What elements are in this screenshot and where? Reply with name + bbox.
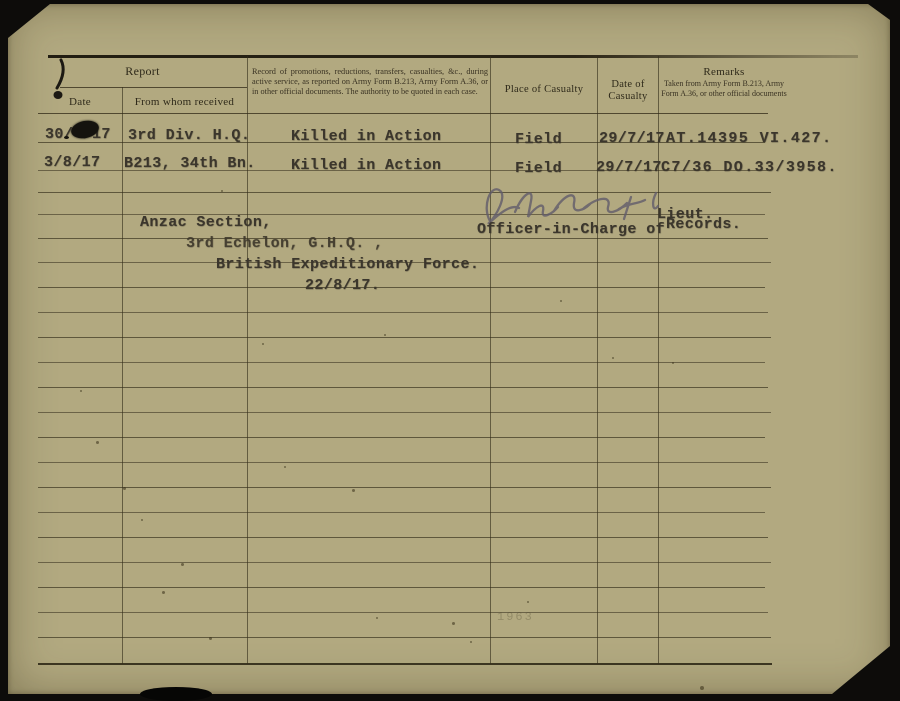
form-layer: Report Date From whom received Record of…: [0, 0, 900, 701]
paper-speck: [452, 622, 455, 625]
scanned-document-page: { "form": { "header": { "report": "Repor…: [0, 0, 900, 701]
entry-1-from: 3rd Div. H.Q.: [128, 127, 250, 144]
paper-speck: [162, 591, 165, 594]
paper-speck: [384, 334, 386, 336]
paper-speck: [560, 300, 562, 302]
paper-speck: [262, 343, 264, 345]
report-underline: [60, 87, 247, 88]
paper-speck: [123, 487, 126, 490]
row-rule-line: [38, 337, 771, 338]
column-rule-line: [490, 56, 491, 664]
column-header-date-of-casualty: Date of Casualty: [599, 79, 657, 102]
paper-speck: [284, 466, 286, 468]
table-bottom-border: [38, 663, 772, 665]
row-rule-line: [38, 487, 771, 488]
table-top-border: [48, 55, 858, 58]
column-header-from-whom-received: From whom received: [122, 96, 247, 108]
paper-speck: [612, 357, 614, 359]
entry-2-remarks: C7/36 DO.33/3958.: [661, 159, 838, 176]
row-rule-line: [38, 587, 765, 588]
paper-speck: [672, 362, 674, 364]
entry-2-place: Field: [515, 160, 562, 177]
row-rule-line: [38, 562, 771, 563]
row-rule-line: [38, 362, 765, 363]
paper-speck: [209, 637, 212, 640]
paper-speck: [141, 519, 143, 521]
row-rule-line: [38, 412, 771, 413]
closing-unit-line2: 3rd Echelon, G.H.Q. ,: [186, 235, 383, 252]
entry-1-remarks: AT.14395 VI.427.: [666, 130, 832, 147]
handwritten-tick-mark: [48, 58, 72, 104]
entry-1-record: Killed in Action: [291, 128, 441, 145]
column-header-remarks-note: Taken from Army Form B.213, Army Form A.…: [657, 79, 791, 98]
scan-edge-shadow: [140, 687, 212, 701]
row-rule-line: [38, 437, 765, 438]
closing-unit-line1: Anzac Section,: [140, 214, 272, 231]
column-rule-line: [597, 56, 598, 664]
signature-title-line1: Officer-in-Charge of: [477, 221, 665, 238]
column-header-place-of-casualty: Place of Casualty: [492, 84, 596, 95]
column-header-record-note: Record of promotions, reductions, transf…: [252, 67, 488, 97]
row-rule-line: [38, 287, 765, 288]
paper-speck: [181, 563, 184, 566]
paper-speck: [470, 641, 472, 643]
paper-speck: [80, 390, 82, 392]
paper-speck: [527, 601, 529, 603]
row-rule-line: [38, 637, 771, 638]
paper-speck: [96, 441, 99, 444]
column-rule-line: [122, 87, 123, 664]
paper-speck: [221, 190, 223, 192]
signature-title-line2: Records.: [666, 216, 741, 233]
paper-speck: [352, 489, 355, 492]
closing-date: 22/8/17.: [305, 277, 380, 294]
entry-2-record: Killed in Action: [291, 157, 441, 174]
ink-blot-small: [64, 136, 69, 139]
entry-2-casualty-date: 29/7/17: [596, 159, 662, 176]
column-rule-line: [247, 56, 248, 664]
entry-2-report-date: 3/8/17: [44, 154, 100, 171]
closing-unit-line3: British Expeditionary Force.: [216, 256, 479, 273]
row-rule-line: [38, 512, 765, 513]
paper-speck: [376, 617, 378, 619]
paper-speck: [700, 686, 704, 690]
entry-2-from: B213, 34th Bn.: [124, 155, 256, 172]
column-rule-line: [658, 56, 659, 664]
entry-1-casualty-date: 29/7/17: [599, 130, 665, 147]
column-header-remarks: Remarks: [658, 66, 790, 78]
faint-stamp: 1963: [497, 610, 534, 624]
entry-1-place: Field: [515, 131, 562, 148]
